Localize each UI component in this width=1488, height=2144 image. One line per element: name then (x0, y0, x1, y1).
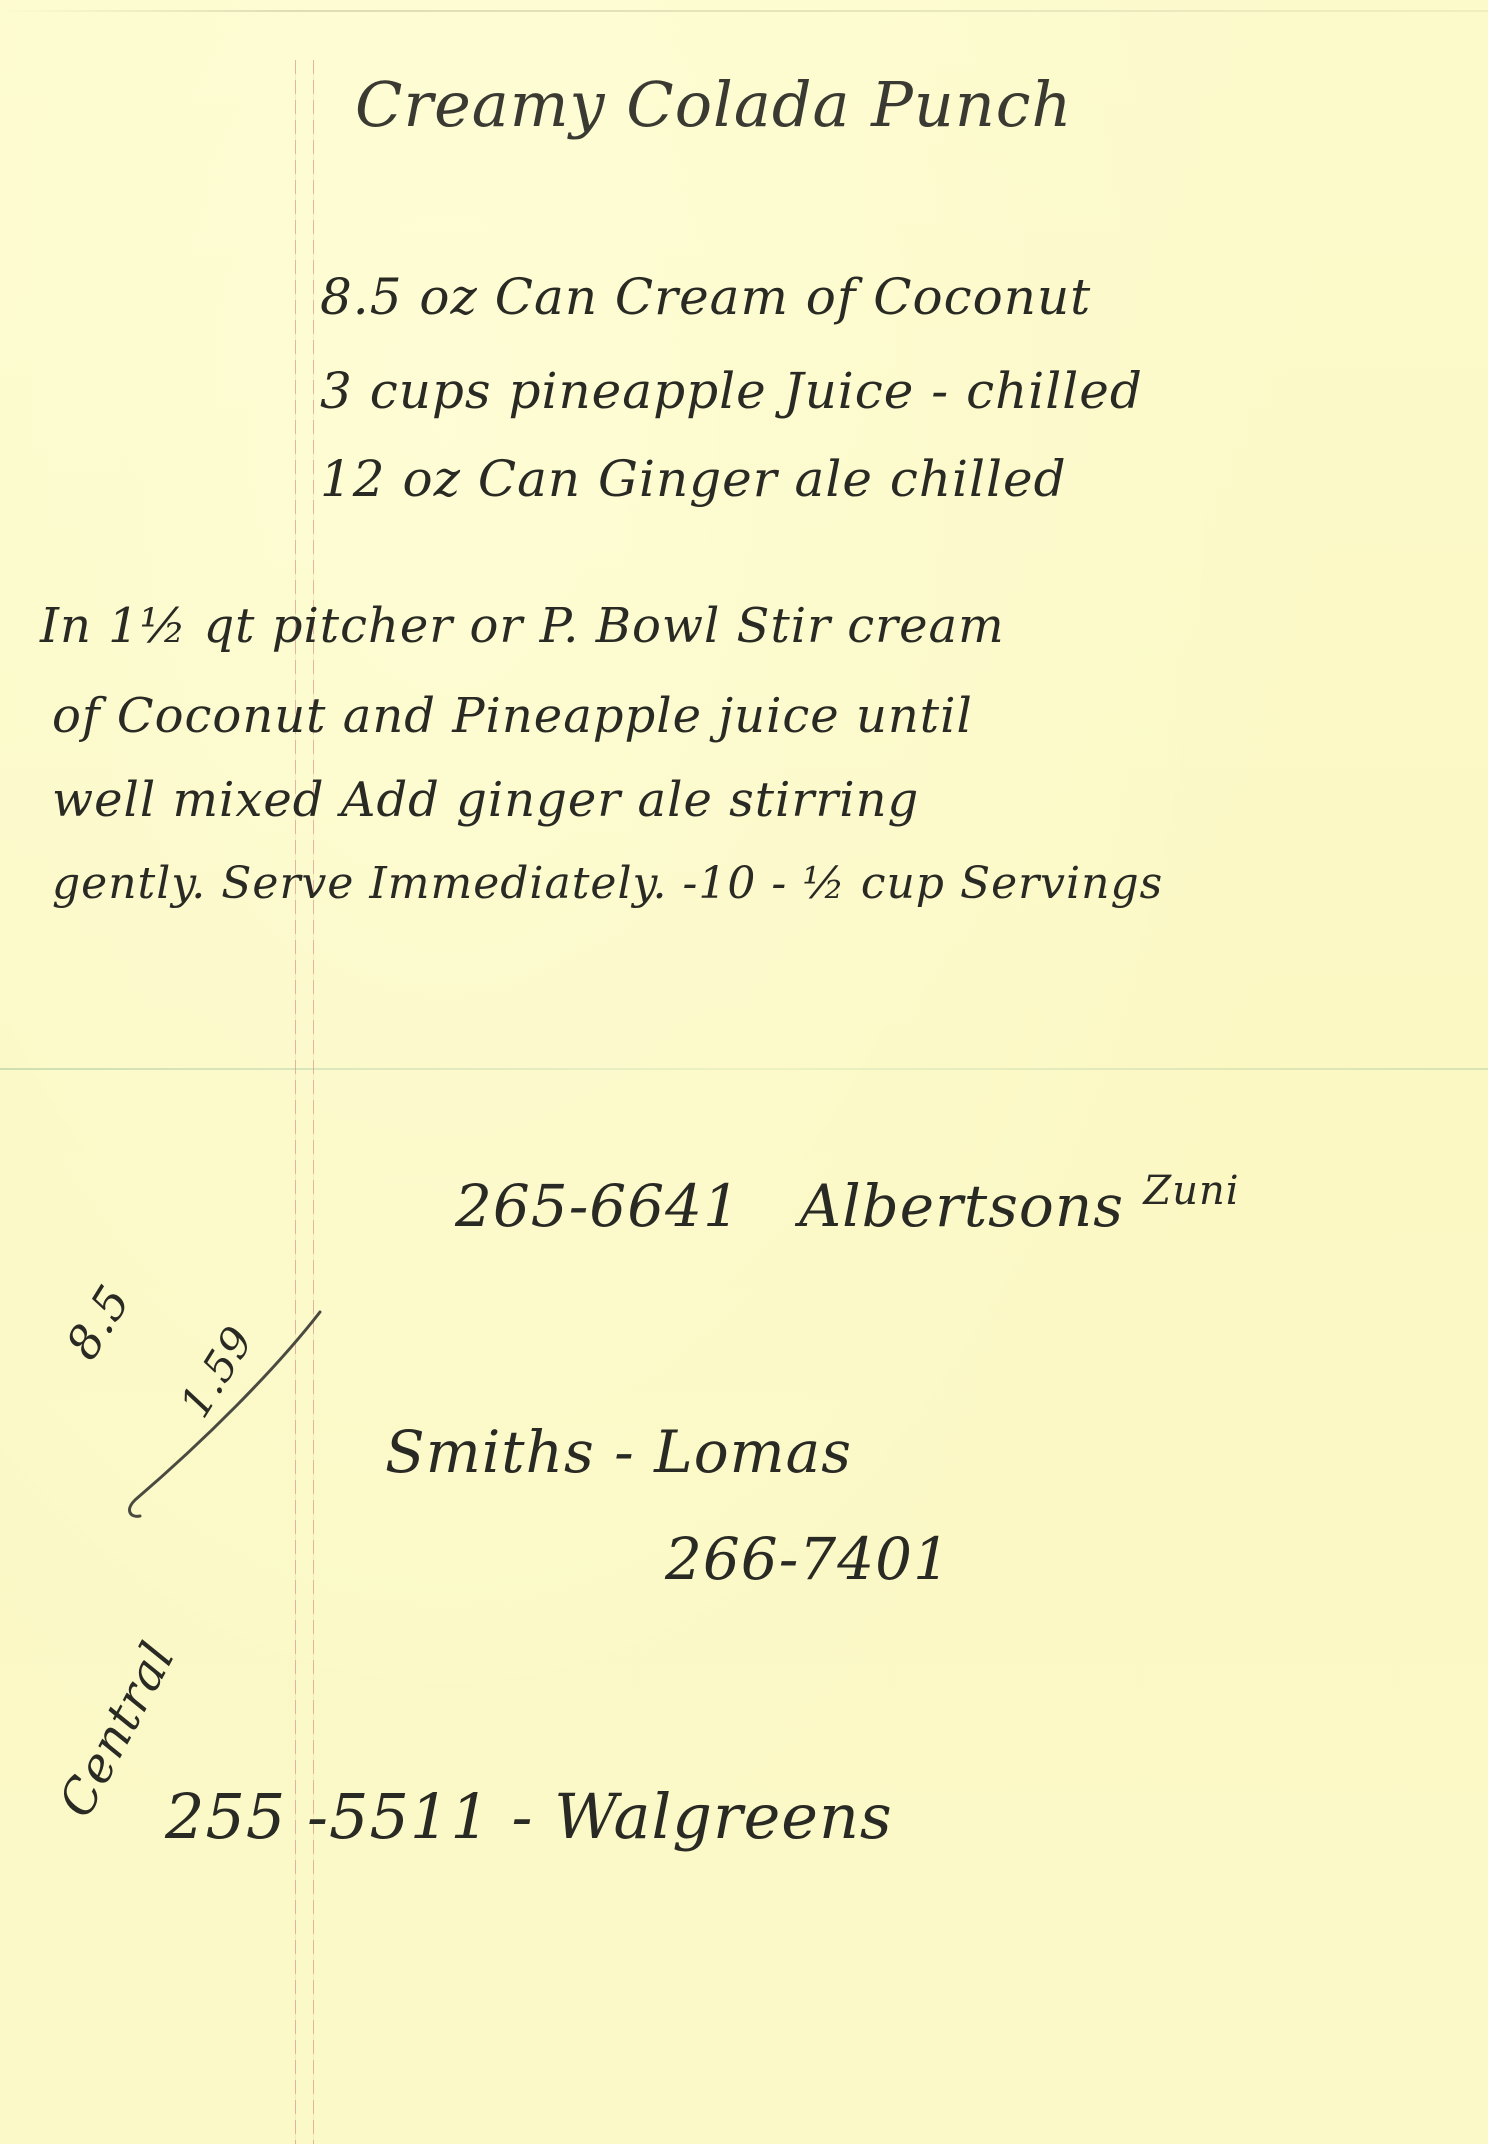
instruction-line-3: well mixed Add ginger ale stirring (52, 772, 919, 828)
smiths-phone: 266-7401 (665, 1525, 951, 1593)
ingredient-2: 3 cups pineapple Juice - chilled (320, 362, 1143, 420)
legal-pad-page: Creamy Colada Punch 8.5 oz Can Cream of … (0, 0, 1488, 2144)
slash-stroke (95, 1290, 355, 1530)
smiths-name: Smiths - Lomas (385, 1418, 852, 1486)
albertsons-phone: 265-6641 (455, 1172, 741, 1240)
page-top-edge (0, 10, 1488, 12)
albertsons-suffix: Zuni (1143, 1168, 1239, 1214)
recipe-title: Creamy Colada Punch (355, 68, 1072, 141)
albertsons-note: 265-6641 Albertsons Zuni (455, 1168, 1240, 1240)
ingredient-1: 8.5 oz Can Cream of Coconut (320, 268, 1091, 326)
fold-line (0, 1068, 1488, 1070)
albertsons-name: Albertsons (799, 1172, 1124, 1240)
instruction-line-2: of Coconut and Pineapple juice until (52, 688, 973, 744)
instruction-line-4: gently. Serve Immediately. -10 - ½ cup S… (52, 858, 1163, 909)
walgreens-line: 255 -5511 - Walgreens (165, 1780, 893, 1853)
ingredient-3: 12 oz Can Ginger ale chilled (320, 450, 1067, 508)
instruction-line-1: In 1½ qt pitcher or P. Bowl Stir cream (40, 598, 1005, 654)
